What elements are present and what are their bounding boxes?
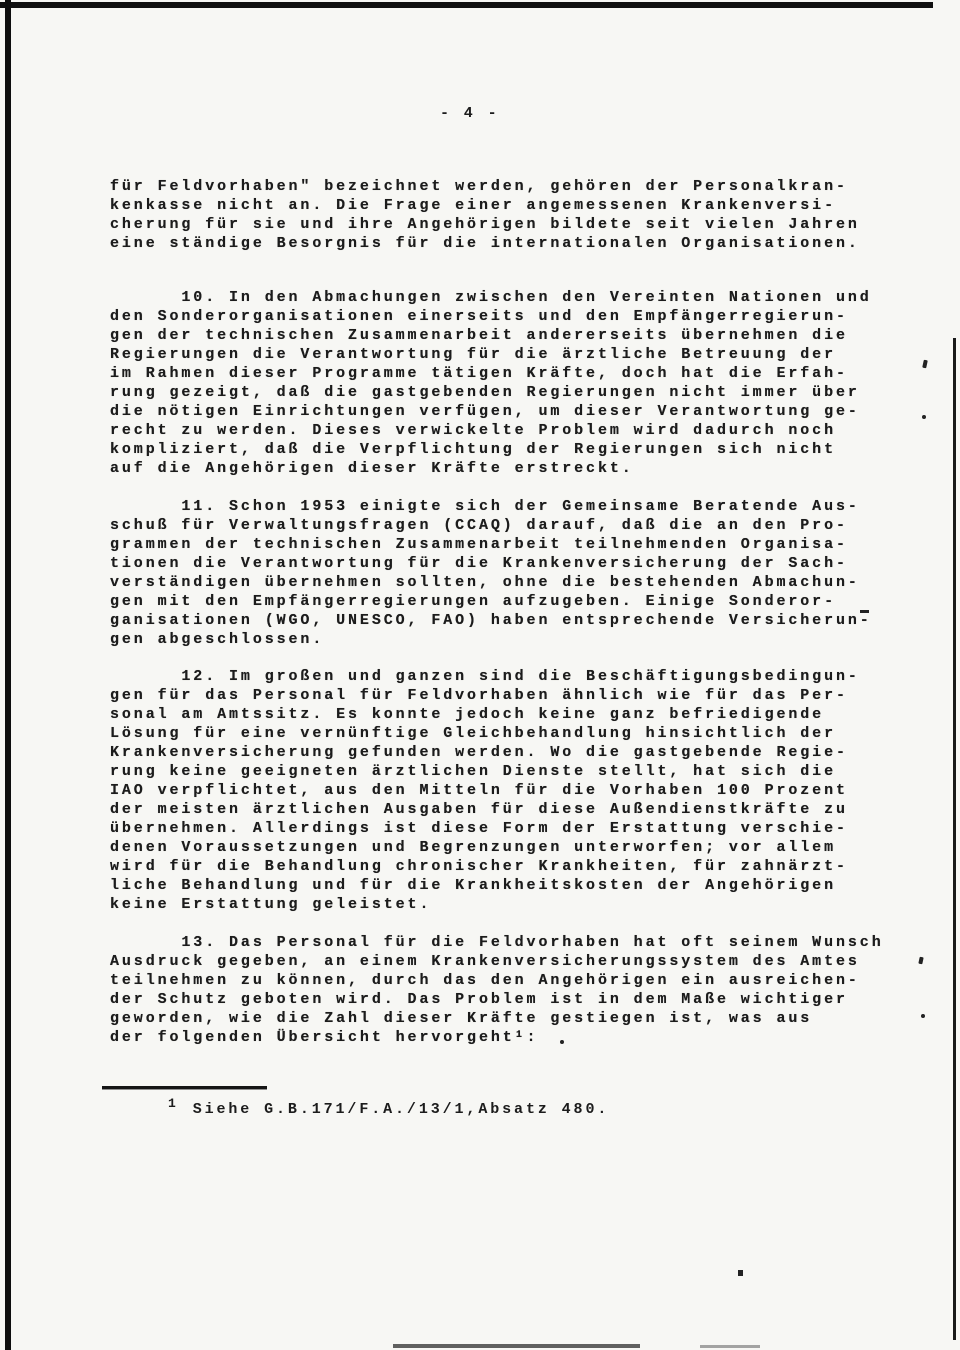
text-line: kenkasse nicht an. Die Frage einer angem… — [110, 196, 860, 215]
text-line: eine ständige Besorgnis für die internat… — [110, 234, 860, 253]
text-line: den Sonderorganisationen einerseits und … — [110, 307, 872, 326]
text-line: der meisten ärztlichen Ausgaben für dies… — [110, 800, 860, 819]
text-line: im Rahmen dieser Programme tätigen Kräft… — [110, 364, 872, 383]
page-number: - 4 - — [440, 104, 500, 123]
paragraph-13: 13. Das Personal für die Feldvorhaben ha… — [110, 933, 884, 1047]
text-line: gen mit den Empfängerregierungen aufzuge… — [110, 592, 872, 611]
text-line: gen abgeschlossen. — [110, 630, 872, 649]
footnote-rule — [102, 1086, 267, 1089]
text-line: Ausdruck gegeben, an einem Krankenversic… — [110, 952, 884, 971]
footnote-text: Siehe G.B.171/F.A./13/1,Absatz 480. — [193, 1101, 610, 1118]
text-line: Lösung für eine vernünftige Gleichbehand… — [110, 724, 860, 743]
text-line: sonal am Amtssitz. Es konnte jedoch kein… — [110, 705, 860, 724]
text-line: kompliziert, daß die Verpflichtung der R… — [110, 440, 872, 459]
text-line: 13. Das Personal für die Feldvorhaben ha… — [110, 933, 884, 952]
text-line: gen für das Personal für Feldvorhaben äh… — [110, 686, 860, 705]
text-line: der folgenden Übersicht hervorgeht¹: — [110, 1028, 884, 1047]
text-line: keine Erstattung geleistet. — [110, 895, 860, 914]
scan-speck — [922, 360, 928, 369]
scan-speck — [560, 1040, 564, 1044]
footnote-marker: 1 — [168, 1094, 179, 1113]
scan-speck — [738, 1270, 743, 1276]
scan-speck — [922, 415, 926, 419]
scan-speck — [860, 610, 869, 613]
text-line: 11. Schon 1953 einigte sich der Gemeinsa… — [110, 497, 872, 516]
text-line: der Schutz geboten wird. Das Problem ist… — [110, 990, 884, 1009]
text-line: Regierungen die Verantwortung für die är… — [110, 345, 872, 364]
page-border-right — [953, 338, 956, 1340]
text-line: auf die Angehörigen dieser Kräfte erstre… — [110, 459, 872, 478]
page-border-left — [5, 0, 11, 1350]
paragraph-11: 11. Schon 1953 einigte sich der Gemeinsa… — [110, 497, 872, 649]
document-page: - 4 - für Feldvorhaben" bezeichnet werde… — [0, 0, 960, 1350]
paragraph-intro: für Feldvorhaben" bezeichnet werden, geh… — [110, 177, 860, 253]
text-line: rung gezeigt, daß die gastgebenden Regie… — [110, 383, 872, 402]
scan-speck — [921, 1014, 925, 1018]
text-line: wird für die Behandlung chronischer Kran… — [110, 857, 860, 876]
footnote: 1Siehe G.B.171/F.A./13/1,Absatz 480. — [168, 1100, 609, 1119]
text-line: cherung für sie und ihre Angehörigen bil… — [110, 215, 860, 234]
scan-speck — [918, 957, 923, 965]
text-line: die nötigen Einrichtungen verfügen, um d… — [110, 402, 872, 421]
text-line: Krankenversicherung gefunden werden. Wo … — [110, 743, 860, 762]
text-line: 10. In den Abmachungen zwischen den Vere… — [110, 288, 872, 307]
paragraph-10: 10. In den Abmachungen zwischen den Vere… — [110, 288, 872, 478]
page-border-top — [0, 2, 933, 8]
text-line: gen der technischen Zusammenarbeit ander… — [110, 326, 872, 345]
text-line: übernehmen. Allerdings ist diese Form de… — [110, 819, 860, 838]
text-line: denen Voraussetzungen und Begrenzungen u… — [110, 838, 860, 857]
text-line: IAO verpflichtet, aus den Mitteln für di… — [110, 781, 860, 800]
text-line: liche Behandlung und für die Krankheitsk… — [110, 876, 860, 895]
text-line: ganisationen (WGO, UNESCO, FAO) haben en… — [110, 611, 872, 630]
text-line: grammen der technischen Zusammenarbeit t… — [110, 535, 872, 554]
text-line: teilnehmen zu können, durch das den Ange… — [110, 971, 884, 990]
text-line: rung keine geeigneten ärztlichen Dienste… — [110, 762, 860, 781]
page-border-bottom — [700, 1345, 760, 1348]
text-line: 12. Im großen und ganzen sind die Beschä… — [110, 667, 860, 686]
text-line: für Feldvorhaben" bezeichnet werden, geh… — [110, 177, 860, 196]
text-line: schuß für Verwaltungsfragen (CCAQ) darau… — [110, 516, 872, 535]
page-border-bottom — [393, 1344, 640, 1348]
text-line: recht zu werden. Dieses verwickelte Prob… — [110, 421, 872, 440]
text-line: geworden, wie die Zahl dieser Kräfte ges… — [110, 1009, 884, 1028]
text-line: tionen die Verantwortung für die Kranken… — [110, 554, 872, 573]
paragraph-12: 12. Im großen und ganzen sind die Beschä… — [110, 667, 860, 914]
text-line: verständigen übernehmen sollten, ohne di… — [110, 573, 872, 592]
